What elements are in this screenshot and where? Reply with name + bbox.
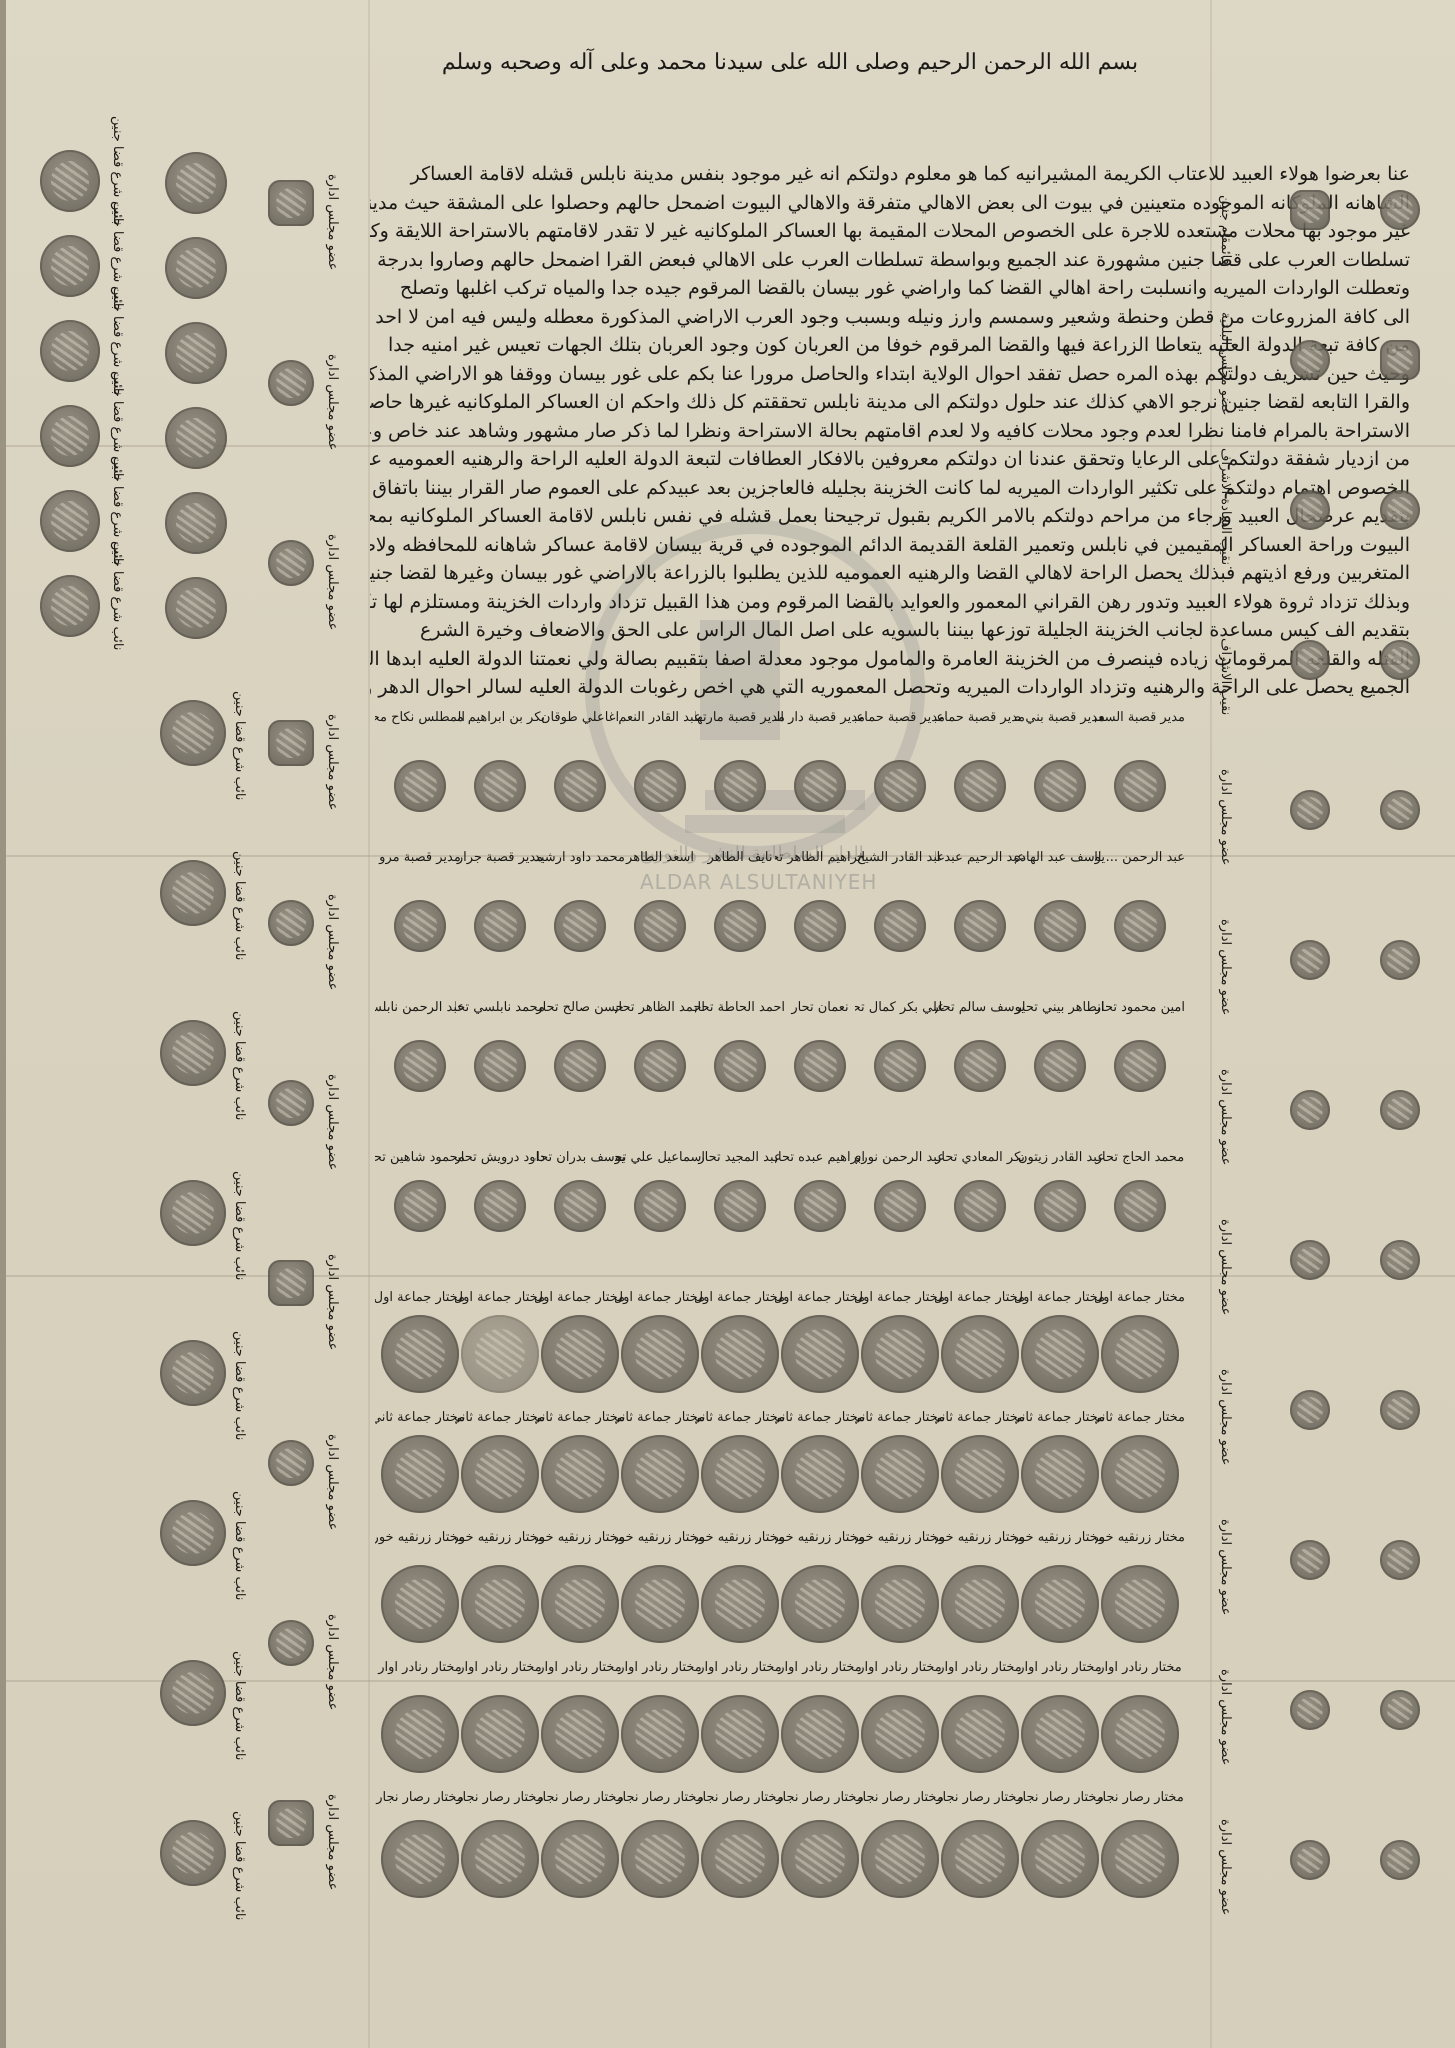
seal-stamp bbox=[160, 1180, 226, 1246]
seal-stamp bbox=[268, 1080, 314, 1126]
signature-label: المطلس نكاح محمود عبد الهادي bbox=[375, 710, 465, 725]
seal-stamp bbox=[714, 1040, 766, 1092]
signature-label: مختار زرنقيه خوري bbox=[1015, 1530, 1105, 1545]
signature-label: مختار رنادر اوار bbox=[695, 1660, 785, 1675]
seal-stamp bbox=[781, 1695, 859, 1773]
seal-stamp bbox=[954, 900, 1006, 952]
seal-stamp bbox=[40, 575, 100, 637]
signature-label: مدير قصبة بني صعب bbox=[1015, 710, 1105, 725]
signature-label: نايف الطاهر bbox=[695, 850, 785, 865]
watermark-shape bbox=[685, 815, 845, 833]
margin-label: عضو مجلس ادارة bbox=[325, 330, 340, 450]
seal-stamp bbox=[1034, 900, 1086, 952]
seal-stamp bbox=[1114, 900, 1166, 952]
seal-stamp bbox=[634, 760, 686, 812]
seal-stamp bbox=[268, 360, 314, 406]
seal-stamp bbox=[40, 490, 100, 552]
seal-stamp bbox=[1380, 1690, 1420, 1730]
signature-label: مختار رنادر اوار bbox=[1015, 1660, 1105, 1675]
seal-stamp bbox=[861, 1315, 939, 1393]
seal-stamp bbox=[474, 1040, 526, 1092]
seal-stamp bbox=[394, 900, 446, 952]
signature-label: اسعد الطاهر bbox=[615, 850, 705, 865]
seal-stamp bbox=[1021, 1820, 1099, 1898]
seal-stamp bbox=[1021, 1695, 1099, 1773]
seal-stamp bbox=[874, 1040, 926, 1092]
signature-label: مختار رصار نجار bbox=[375, 1790, 465, 1805]
signature-label: مختار جماعة ثاني bbox=[1095, 1410, 1185, 1425]
margin-label: قائمقام جنين bbox=[1218, 155, 1233, 265]
signature-label: مختار رنادر اوار bbox=[615, 1660, 705, 1675]
seal-stamp bbox=[621, 1695, 699, 1773]
seal-stamp bbox=[781, 1315, 859, 1393]
margin-label: عضو مجلس ادارة bbox=[325, 150, 340, 270]
body-line: والقرا التابعه لقضا جنين نرجو الاهي كذلك… bbox=[370, 388, 1410, 417]
seal-stamp bbox=[381, 1435, 459, 1513]
seal-stamp bbox=[1101, 1315, 1179, 1393]
signature-label: محمد داود ارشيد تحار bbox=[535, 850, 625, 865]
signature-label: عبد القادر الشيخ تحارة bbox=[855, 850, 945, 865]
seal-stamp bbox=[1380, 490, 1420, 530]
seal-stamp bbox=[1290, 190, 1330, 230]
seal-stamp bbox=[165, 237, 227, 299]
seal-stamp bbox=[268, 900, 314, 946]
body-line: البيوت وراحة العساكر المقيمين في نابلس و… bbox=[370, 531, 1410, 560]
seal-stamp bbox=[1380, 190, 1420, 230]
seal-stamp bbox=[1380, 1240, 1420, 1280]
signature-label: مختار رنادر اوار bbox=[535, 1660, 625, 1675]
seal-stamp bbox=[1290, 340, 1330, 380]
signature-label: مختار جماعة اول bbox=[1095, 1290, 1185, 1305]
signature-label: محمد نابلسي تحار bbox=[455, 1000, 545, 1015]
seal-stamp bbox=[1101, 1435, 1179, 1513]
seal-stamp bbox=[474, 900, 526, 952]
seal-stamp bbox=[714, 760, 766, 812]
signature-label: مدير قصبة حماعين اول bbox=[855, 710, 945, 725]
seal-stamp bbox=[954, 760, 1006, 812]
seal-stamp bbox=[394, 1180, 446, 1232]
seal-stamp bbox=[781, 1565, 859, 1643]
seal-stamp bbox=[474, 760, 526, 812]
document-title: بسم الله الرحمن الرحيم وصلى الله على سيد… bbox=[440, 50, 1140, 75]
seal-stamp bbox=[160, 700, 226, 766]
signature-label: يوسف عبد الهادي bbox=[1015, 850, 1105, 865]
seal-stamp bbox=[394, 1040, 446, 1092]
fold-line bbox=[0, 1275, 1455, 1277]
margin-label: عضو مجلس ادارة bbox=[1218, 1205, 1233, 1315]
seal-stamp bbox=[1114, 760, 1166, 812]
signature-label: يوسف بدران تحار bbox=[535, 1150, 625, 1165]
signature-label: محمد الحاج تحار bbox=[1095, 1150, 1185, 1165]
seal-stamp bbox=[941, 1820, 1019, 1898]
signature-label: عبد الرحيم عبد الهادي bbox=[935, 850, 1025, 865]
signature-label: مختار جماعة ثاني bbox=[775, 1410, 865, 1425]
margin-label: نقيب الاشراف bbox=[1218, 605, 1233, 715]
margin-label: عضو مجلس ادارة bbox=[1218, 1055, 1233, 1165]
seal-stamp bbox=[541, 1315, 619, 1393]
signature-label: مدير قصبة حماعين ثاني bbox=[935, 710, 1025, 725]
signature-label: بكر بن ابراهيم محمود القاسم bbox=[455, 710, 545, 725]
body-line: بتقديم الف كيس مساعدة لجانب الخزينة الجل… bbox=[370, 616, 1410, 645]
seal-stamp bbox=[40, 320, 100, 382]
seal-stamp bbox=[1290, 940, 1330, 980]
margin-label: عضو مجلس ادارة bbox=[1218, 1655, 1233, 1765]
seal-stamp bbox=[394, 760, 446, 812]
signature-label: ابراهيم عبده تحار bbox=[775, 1150, 865, 1165]
margin-label: نقيب السادة الاشراف bbox=[1218, 455, 1233, 565]
signature-label: بكر المعادي تحار bbox=[935, 1150, 1025, 1165]
signature-label: مختار رصار نجار bbox=[455, 1790, 545, 1805]
signature-label: مختار رصار نجار bbox=[1095, 1790, 1185, 1805]
signature-label: مختار رصار نجار bbox=[935, 1790, 1025, 1805]
seal-stamp bbox=[1380, 940, 1420, 980]
seal-stamp bbox=[381, 1695, 459, 1773]
signature-label: مختار رنادر اوار bbox=[455, 1660, 545, 1675]
seal-stamp bbox=[1290, 640, 1330, 680]
seal-stamp bbox=[794, 1040, 846, 1092]
seal-stamp bbox=[621, 1315, 699, 1393]
seal-stamp bbox=[541, 1565, 619, 1643]
seal-stamp bbox=[941, 1315, 1019, 1393]
seal-stamp bbox=[1380, 790, 1420, 830]
margin-label: نائب شرع قضا جنين bbox=[232, 690, 247, 800]
body-line: وتعطلت الواردات الميريه وانسلبت راحة اها… bbox=[370, 274, 1410, 303]
signature-label: مختار زرنقيه خوري bbox=[1095, 1530, 1185, 1545]
signature-label: مختار رنادر اوار bbox=[1095, 1660, 1185, 1675]
seal-stamp bbox=[268, 1800, 314, 1846]
seal-stamp bbox=[1101, 1695, 1179, 1773]
seal-stamp bbox=[160, 1820, 226, 1886]
seal-stamp bbox=[268, 1260, 314, 1306]
signature-label: مختار رصار نجار bbox=[775, 1790, 865, 1805]
seal-stamp bbox=[1034, 1180, 1086, 1232]
signature-label: انطاهر بيني تحار bbox=[1015, 1000, 1105, 1015]
seal-stamp bbox=[461, 1315, 539, 1393]
seal-stamp bbox=[381, 1820, 459, 1898]
margin-label: عضو مجلس ادارة bbox=[325, 870, 340, 990]
signature-label: مختار جماعة ثاني bbox=[615, 1410, 705, 1425]
seal-stamp bbox=[1290, 1690, 1330, 1730]
signature-label: مختار زرنقيه خوري bbox=[615, 1530, 705, 1545]
signature-label: مختار جماعة ثاني bbox=[855, 1410, 945, 1425]
signature-label: مختار جماعة ثاني bbox=[1015, 1410, 1105, 1425]
margin-label: عضو مجلس ادارة bbox=[1218, 905, 1233, 1015]
seal-stamp bbox=[381, 1565, 459, 1643]
signature-label: مختار جماعة اول bbox=[775, 1290, 865, 1305]
seal-stamp bbox=[461, 1695, 539, 1773]
seal-stamp bbox=[1021, 1565, 1099, 1643]
signature-label: مختار جماعة اول bbox=[1015, 1290, 1105, 1305]
seal-stamp bbox=[1290, 1840, 1330, 1880]
seal-stamp bbox=[165, 577, 227, 639]
watermark-latin: ALDAR ALSULTANIYEH bbox=[640, 870, 877, 894]
body-line: الفتله والقلعه المرقومات زياده فينصرف من… bbox=[370, 645, 1410, 674]
body-line: الى كافة المزروعات من قطن وحنطة وشعير وس… bbox=[370, 303, 1410, 332]
signature-label: مختار جماعة ثاني bbox=[455, 1410, 545, 1425]
signature-label: اسماعيل علي تحار bbox=[615, 1150, 705, 1165]
signature-label: مختار زرنقيه خوري bbox=[455, 1530, 545, 1545]
seal-stamp bbox=[1380, 640, 1420, 680]
body-line: غير موجود بها محلات مستعده للاجرة على ال… bbox=[370, 217, 1410, 246]
seal-stamp bbox=[1290, 1540, 1330, 1580]
seal-stamp bbox=[1290, 790, 1330, 830]
margin-label: نائب شرع قضا جنين bbox=[232, 1010, 247, 1120]
seal-stamp bbox=[1290, 1390, 1330, 1430]
signature-label: مختار جماعة اول bbox=[535, 1290, 625, 1305]
signature-label: مختار رنادر اوار bbox=[855, 1660, 945, 1675]
signature-label: مختار زرنقيه خوري bbox=[695, 1530, 785, 1545]
seal-stamp bbox=[160, 1500, 226, 1566]
seal-stamp bbox=[268, 720, 314, 766]
signature-label: مدير قصبة السعراوية الغربية bbox=[1095, 710, 1185, 725]
seal-stamp bbox=[861, 1820, 939, 1898]
seal-stamp bbox=[40, 235, 100, 297]
seal-stamp bbox=[541, 1435, 619, 1513]
body-line: وبذلك تزداد ثروة هولاء العبيد وتدور رهن … bbox=[370, 588, 1410, 617]
seal-stamp bbox=[954, 1180, 1006, 1232]
seal-stamp bbox=[1380, 1840, 1420, 1880]
signature-label: مختار جماعة اول bbox=[855, 1290, 945, 1305]
seal-stamp bbox=[160, 1020, 226, 1086]
seal-stamp bbox=[1380, 1390, 1420, 1430]
body-line: الشاهانه الملوكانه الموجوده متعينين في ب… bbox=[370, 189, 1410, 218]
signature-label: نعمان تحار bbox=[775, 1000, 865, 1015]
seal-stamp bbox=[621, 1820, 699, 1898]
seal-stamp bbox=[701, 1315, 779, 1393]
seal-stamp bbox=[701, 1435, 779, 1513]
body-line: الجميع يحصل على الراحة والرهنيه وتزداد ا… bbox=[370, 673, 1410, 702]
signature-label: مختار زرنقيه خوري bbox=[375, 1530, 465, 1545]
seal-stamp bbox=[874, 900, 926, 952]
signature-label: مختار جماعة ثاني bbox=[375, 1410, 465, 1425]
margin-label: نائب شرع قضا جنين bbox=[232, 1330, 247, 1440]
signature-label: مختار جماعة ثاني bbox=[935, 1410, 1025, 1425]
body-line: عنا بعرضوا هولاء العبيد للاعتاب الكريمة … bbox=[370, 160, 1410, 189]
signature-label: عبد الرحمن نابلسي تحار bbox=[375, 1000, 465, 1015]
margin-label: عضو مجلس ادارة bbox=[325, 690, 340, 810]
seal-stamp bbox=[1380, 340, 1420, 380]
seal-stamp bbox=[461, 1820, 539, 1898]
seal-stamp bbox=[701, 1565, 779, 1643]
signature-label: مختار زرنقيه خوري bbox=[535, 1530, 625, 1545]
seal-stamp bbox=[268, 180, 314, 226]
seal-stamp bbox=[941, 1435, 1019, 1513]
body-line: الخصوص اهتمام دولتكم على تكثير الواردات … bbox=[370, 474, 1410, 503]
signature-label: مختار رصار نجار bbox=[1015, 1790, 1105, 1805]
margin-label: عضو مجلس البلدية bbox=[1218, 305, 1233, 415]
body-line: بتقديم عرضحال العبيد ورجاء من مراحم دولت… bbox=[370, 502, 1410, 531]
signature-label: مدير قصبة مرو bbox=[375, 850, 465, 865]
seal-stamp bbox=[165, 322, 227, 384]
seal-stamp bbox=[461, 1435, 539, 1513]
signature-label: مختار رصار نجار bbox=[615, 1790, 705, 1805]
seal-stamp bbox=[1034, 760, 1086, 812]
signature-label: مختار جماعة اول bbox=[375, 1290, 465, 1305]
seal-stamp bbox=[714, 900, 766, 952]
signature-label: مختار جماعة ثاني bbox=[535, 1410, 625, 1425]
signature-label: مختار رنادر اوار bbox=[935, 1660, 1025, 1675]
body-line: من كافة تبعة الدولة العليه يتعاطا الزراع… bbox=[370, 331, 1410, 360]
signature-label: مختار زرنقيه خوري bbox=[855, 1530, 945, 1545]
signature-label: مختار جماعة ثاني bbox=[695, 1410, 785, 1425]
seal-stamp bbox=[474, 1180, 526, 1232]
signature-label: عبد القادر النعم bbox=[615, 710, 705, 725]
margin-label: نائب شرع قضا جنين bbox=[232, 850, 247, 960]
signature-label: علي بكر كمال تحار bbox=[855, 1000, 945, 1015]
margin-label: عضو مجلس ادارة bbox=[325, 510, 340, 630]
signature-label: مختار رصار نجار bbox=[695, 1790, 785, 1805]
seal-stamp bbox=[1290, 490, 1330, 530]
signature-label: احمد الظاهر تحار bbox=[615, 1000, 705, 1015]
seal-stamp bbox=[794, 760, 846, 812]
seal-stamp bbox=[541, 1695, 619, 1773]
seal-stamp bbox=[1380, 1540, 1420, 1580]
seal-stamp bbox=[634, 1040, 686, 1092]
signature-label: محمود شاهين تحار bbox=[375, 1150, 465, 1165]
signature-label: مختار جماعة اول bbox=[695, 1290, 785, 1305]
seal-stamp bbox=[941, 1565, 1019, 1643]
margin-label: عضو مجلس ادارة bbox=[1218, 1355, 1233, 1465]
seal-stamp bbox=[165, 492, 227, 554]
margin-label: عضو مجلس ادارة bbox=[325, 1590, 340, 1710]
seal-stamp bbox=[541, 1820, 619, 1898]
seal-stamp bbox=[160, 1340, 226, 1406]
seal-stamp bbox=[165, 152, 227, 214]
signature-label: مختار رصار نجار bbox=[855, 1790, 945, 1805]
seal-stamp bbox=[634, 1180, 686, 1232]
seal-stamp bbox=[1021, 1435, 1099, 1513]
signature-label: مدير قصبة مارتها تحار bbox=[695, 710, 785, 725]
seal-stamp bbox=[781, 1820, 859, 1898]
seal-stamp bbox=[554, 760, 606, 812]
seal-stamp bbox=[861, 1565, 939, 1643]
body-line: وحيث حين تشريف دولتكم بهذه المره حصل تفق… bbox=[370, 360, 1410, 389]
seal-stamp bbox=[268, 540, 314, 586]
seal-stamp bbox=[554, 900, 606, 952]
signature-label: مختار جماعة اول bbox=[935, 1290, 1025, 1305]
seal-stamp bbox=[554, 1040, 606, 1092]
seal-stamp bbox=[1114, 1180, 1166, 1232]
seal-stamp bbox=[781, 1435, 859, 1513]
seal-stamp bbox=[1101, 1820, 1179, 1898]
signature-label: اغاعلي طوقان bbox=[535, 710, 625, 725]
seal-stamp bbox=[40, 405, 100, 467]
margin-label: عضو مجلس ادارة bbox=[1218, 755, 1233, 865]
signature-label: مختار جماعة اول bbox=[455, 1290, 545, 1305]
margin-label: نائب شرع قضا جنين bbox=[232, 1170, 247, 1280]
margin-label: عضو مجلس ادارة bbox=[325, 1410, 340, 1530]
seal-stamp bbox=[381, 1315, 459, 1393]
seal-stamp bbox=[621, 1565, 699, 1643]
margin-label: نائب شرع قضا جنين bbox=[232, 1810, 247, 1920]
seal-stamp bbox=[160, 1660, 226, 1726]
margin-label: عضو مجلس ادارة bbox=[1218, 1805, 1233, 1915]
signature-label: عبد المجيد تحار bbox=[695, 1150, 785, 1165]
signature-label: مختار جماعة اول bbox=[615, 1290, 705, 1305]
signature-label: عبد الرحمن ... الهادي bbox=[1095, 850, 1185, 865]
seal-stamp bbox=[1101, 1565, 1179, 1643]
seal-stamp bbox=[554, 1180, 606, 1232]
signature-label: عبد الرحمن نوري تحار bbox=[855, 1150, 945, 1165]
body-line: المتغربين ورفع اذيتهم فبذلك يحصل الراحة … bbox=[370, 559, 1410, 588]
seal-stamp bbox=[160, 860, 226, 926]
document-body: عنا بعرضوا هولاء العبيد للاعتاب الكريمة … bbox=[370, 160, 1410, 702]
seal-stamp bbox=[1380, 1090, 1420, 1130]
signature-label: داود درويش تحار bbox=[455, 1150, 545, 1165]
seal-stamp bbox=[40, 150, 100, 212]
margin-label: عضو مجلس ادارة bbox=[325, 1050, 340, 1170]
body-line: تسلطات العرب على قضا جنين مشهورة عند الج… bbox=[370, 246, 1410, 275]
signature-label: امين محمود تحار bbox=[1095, 1000, 1185, 1015]
seal-stamp bbox=[954, 1040, 1006, 1092]
margin-label: نائب شرع قضا جنين bbox=[110, 565, 125, 650]
seal-stamp bbox=[1290, 1090, 1330, 1130]
seal-stamp bbox=[714, 1180, 766, 1232]
margin-label: عضو مجلس ادارة bbox=[1218, 1505, 1233, 1615]
seal-stamp bbox=[268, 1440, 314, 1486]
seal-stamp bbox=[461, 1565, 539, 1643]
seal-stamp bbox=[794, 1180, 846, 1232]
signature-label: يوسف سالم تحار bbox=[935, 1000, 1025, 1015]
margin-label: عضو مجلس ادارة bbox=[325, 1770, 340, 1890]
margin-label: نائب شرع قضا جنين bbox=[232, 1650, 247, 1760]
seal-stamp bbox=[861, 1695, 939, 1773]
seal-stamp bbox=[1114, 1040, 1166, 1092]
signature-label: ابراهيم الظاهر تحار bbox=[775, 850, 865, 865]
signature-label: عبد القادر زيتون تحار bbox=[1015, 1150, 1105, 1165]
paper-edge bbox=[0, 0, 6, 2048]
seal-stamp bbox=[701, 1695, 779, 1773]
signature-label: مختار رنادر اوار bbox=[775, 1660, 865, 1675]
seal-stamp bbox=[621, 1435, 699, 1513]
margin-label: عضو مجلس ادارة bbox=[325, 1230, 340, 1350]
seal-stamp bbox=[874, 760, 926, 812]
signature-label: احمد الحاطة تحار bbox=[695, 1000, 785, 1015]
signature-label: مدير قصبة جرار bbox=[455, 850, 545, 865]
body-line: من ازديار شفقة دولتكم على الرعايا وتحقق … bbox=[370, 445, 1410, 474]
signature-label: حسن صالح تحار bbox=[535, 1000, 625, 1015]
body-line: الاستراحة بالمرام فامنا نظرا لعدم وجود م… bbox=[370, 417, 1410, 446]
seal-stamp bbox=[874, 1180, 926, 1232]
seal-stamp bbox=[1021, 1315, 1099, 1393]
signature-label: مختار رصار نجار bbox=[535, 1790, 625, 1805]
signature-label: مختار زرنقيه خوري bbox=[775, 1530, 865, 1545]
seal-stamp bbox=[861, 1435, 939, 1513]
seal-stamp bbox=[1290, 1240, 1330, 1280]
seal-stamp bbox=[165, 407, 227, 469]
seal-stamp bbox=[634, 900, 686, 952]
seal-stamp bbox=[941, 1695, 1019, 1773]
signature-label: مختار رنادر اوار bbox=[375, 1660, 465, 1675]
seal-stamp bbox=[794, 900, 846, 952]
signature-label: مدير قصبة دار السعد الكرى bbox=[775, 710, 865, 725]
signature-label: مختار زرنقيه خوري bbox=[935, 1530, 1025, 1545]
seal-stamp bbox=[268, 1620, 314, 1666]
seal-stamp bbox=[701, 1820, 779, 1898]
seal-stamp bbox=[1034, 1040, 1086, 1092]
margin-label: نائب شرع قضا جنين bbox=[232, 1490, 247, 1600]
